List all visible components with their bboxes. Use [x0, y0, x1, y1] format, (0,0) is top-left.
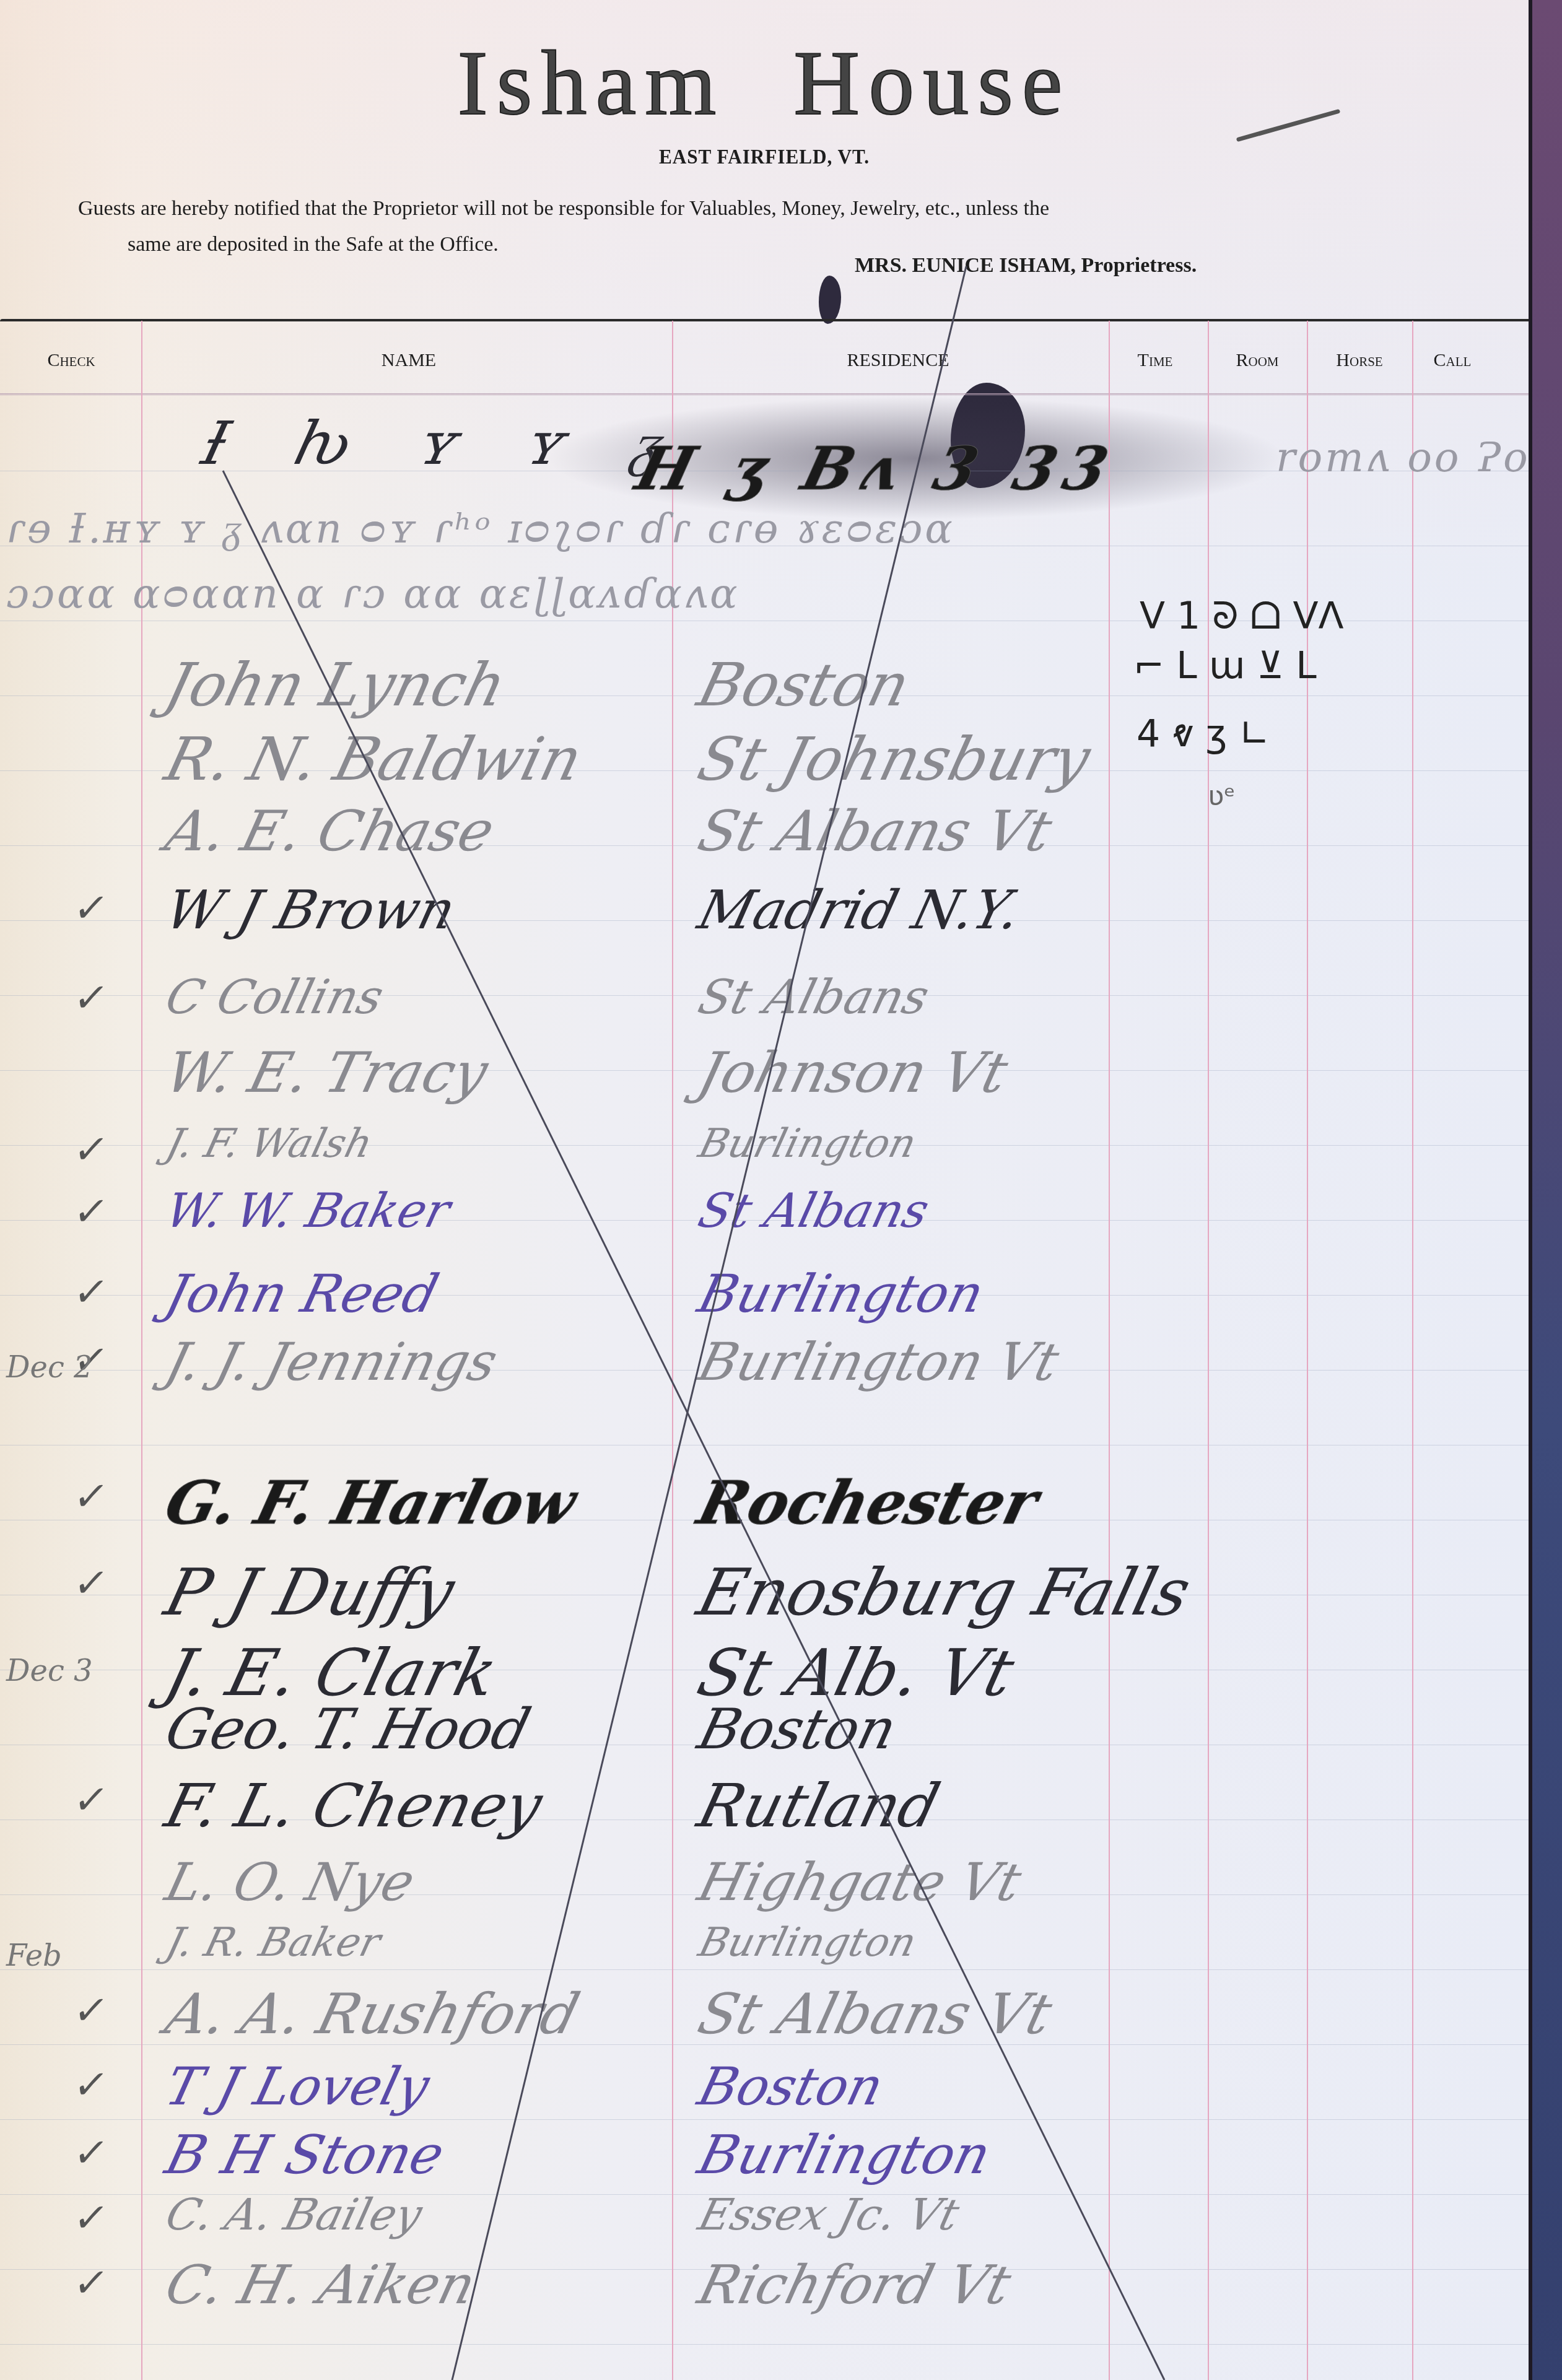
book-binding	[1529, 0, 1562, 2380]
guest-residence: Burlington Vt	[692, 1332, 1065, 1392]
check-mark-icon: ✓	[70, 1189, 111, 1235]
guest-residence: Highgate Vt	[692, 1852, 1028, 1912]
scribble-row-3: ɔɔɑɑ ɑᴑɑɑn ɑ ɾɔ ɑɑ ɑɛɭɭɑᴧɗɑʌɑ	[6, 570, 740, 617]
check-mark-icon: ✓	[70, 886, 111, 931]
guest-name: J. R. Baker	[162, 1920, 385, 1966]
guest-name: Geo. T. Hood	[159, 1697, 537, 1762]
scribble-row-1-right: romʌ oo Ɂo	[1276, 434, 1530, 481]
guest-name: J. J. Jennings	[160, 1332, 504, 1392]
guest-name: T J Lovely	[160, 2056, 435, 2117]
guest-residence: Burlington	[694, 1920, 921, 1966]
column-rule	[141, 321, 142, 2380]
ruled-line	[0, 1445, 1529, 1445]
hotel-title: Isham House	[0, 31, 1529, 136]
time-room-marks: ʋᵉ	[1208, 780, 1236, 812]
date-note: Feb	[6, 1938, 62, 1973]
guest-name: W. E. Tracy	[159, 1040, 494, 1105]
guest-name: John Reed	[160, 1263, 445, 1324]
proprietress-line: MRS. EUNICE ISHAM, Proprietress.	[855, 254, 1197, 277]
check-mark-icon: ✓	[70, 1777, 111, 1823]
guest-residence: Boston	[692, 2056, 889, 2117]
liability-notice: Guests are hereby notified that the Prop…	[78, 191, 1465, 263]
time-room-marks: 4 ⱴ ʒ ∟	[1137, 712, 1270, 756]
column-header-check: Check	[37, 350, 105, 371]
guest-residence: Johnson Vt	[692, 1040, 1014, 1105]
check-mark-icon: ✓	[70, 2195, 111, 2241]
ruled-line	[0, 2344, 1529, 2345]
check-mark-icon: ✓	[70, 2260, 111, 2306]
notice-line-2: same are deposited in the Safe at the Of…	[78, 227, 1465, 263]
guest-name: C. H. Aiken	[160, 2254, 482, 2316]
scribble-row-1-residence: H ʒ Bʌ 3 33	[629, 434, 1124, 503]
guest-residence: Madrid N.Y.	[692, 879, 1027, 941]
notice-line-1: Guests are hereby notified that the Prop…	[78, 197, 1049, 220]
ruled-line	[0, 1969, 1529, 1970]
scribble-row-1-name: Ɨ ƕ ʏ ʏ ᵹ	[196, 409, 696, 478]
scribble-row-2: ɾɘ Ɨ.ʜʏ ʏ ᵹ ʌɑn ᴑʏ ɾʰᵒ ɪᴑʅᴑɾ ɗɾ ᴄɾɵ ɤɛᴑɛ…	[6, 505, 955, 553]
guest-name: W. W. Baker	[160, 1183, 456, 1238]
header-top-rule	[0, 319, 1529, 321]
guest-residence: Burlington	[692, 1263, 990, 1324]
column-header-call: Call	[1418, 350, 1486, 371]
guest-residence: Rutland	[691, 1771, 946, 1841]
column-rule	[1109, 321, 1110, 2380]
guest-name: R. N. Baldwin	[159, 725, 589, 794]
guest-name: J. F. Walsh	[162, 1121, 377, 1167]
header-bottom-rule	[0, 393, 1529, 395]
guest-residence: Rochester	[691, 1468, 1045, 1538]
date-note: Dec 2	[6, 1350, 93, 1385]
check-mark-icon: ✓	[70, 1988, 111, 2034]
check-mark-icon: ✓	[70, 2062, 111, 2108]
guest-residence: St Albans	[693, 1183, 935, 1238]
column-header-room: Room	[1223, 350, 1291, 371]
time-room-marks: ᐯ 1 ᘐ ᗝ ᐯᐱ	[1140, 595, 1344, 638]
guest-residence: Enosburg Falls	[691, 1554, 1198, 1630]
guest-name: John Lynch	[159, 650, 513, 720]
check-mark-icon: ✓	[70, 1474, 111, 1520]
guest-residence: Boston	[691, 650, 917, 720]
hotel-location: EAST FAIRFIELD, VT.	[61, 146, 1468, 169]
check-mark-icon: ✓	[70, 2130, 111, 2176]
guest-residence: Burlington	[694, 1121, 921, 1167]
guest-name: A. A. Rushford	[159, 1982, 586, 2047]
column-header-time: Time	[1121, 350, 1189, 371]
time-room-marks: ⌐ ᒪ ɯ ⊻ ᒪ	[1133, 644, 1317, 687]
guest-residence: Burlington	[692, 2124, 997, 2186]
guest-name: C Collins	[160, 969, 389, 1024]
column-rule	[1412, 321, 1413, 2380]
check-mark-icon: ✓	[70, 1561, 111, 1606]
guest-name: B H Stone	[160, 2124, 450, 2186]
guest-name: C. A. Bailey	[161, 2189, 427, 2240]
ink-blot	[819, 276, 841, 324]
guest-name: P J Duffy	[158, 1554, 462, 1630]
guest-residence: Essex Jc. Vt	[694, 2189, 964, 2240]
check-mark-icon: ✓	[70, 975, 111, 1021]
guest-residence: Richford Vt	[692, 2254, 1018, 2316]
guest-name: W J Brown	[160, 879, 462, 941]
guest-name: A. E. Chase	[159, 799, 500, 864]
guest-residence: St Johnsbury	[691, 725, 1097, 794]
guest-residence: St Albans Vt	[692, 1982, 1058, 2047]
guest-residence: St Albans	[693, 969, 935, 1024]
check-mark-icon: ✓	[70, 1270, 111, 1315]
check-mark-icon: ✓	[70, 1127, 111, 1173]
register-page: Isham House EAST FAIRFIELD, VT. Guests a…	[0, 0, 1529, 2380]
column-header-horse: Horse	[1322, 350, 1397, 371]
column-rule	[672, 321, 673, 2380]
column-header-residence: RESIDENCE	[818, 350, 979, 371]
date-note: Dec 3	[6, 1654, 93, 1688]
ruled-line	[0, 2119, 1529, 2120]
guest-name: F. L. Cheney	[159, 1771, 549, 1841]
guest-name: G. F. Harlow	[159, 1468, 583, 1538]
guest-residence: Boston	[692, 1697, 903, 1762]
guest-residence: St Albans Vt	[692, 799, 1058, 864]
guest-name: L. O. Nye	[160, 1852, 421, 1912]
column-header-name: NAME	[347, 350, 471, 371]
